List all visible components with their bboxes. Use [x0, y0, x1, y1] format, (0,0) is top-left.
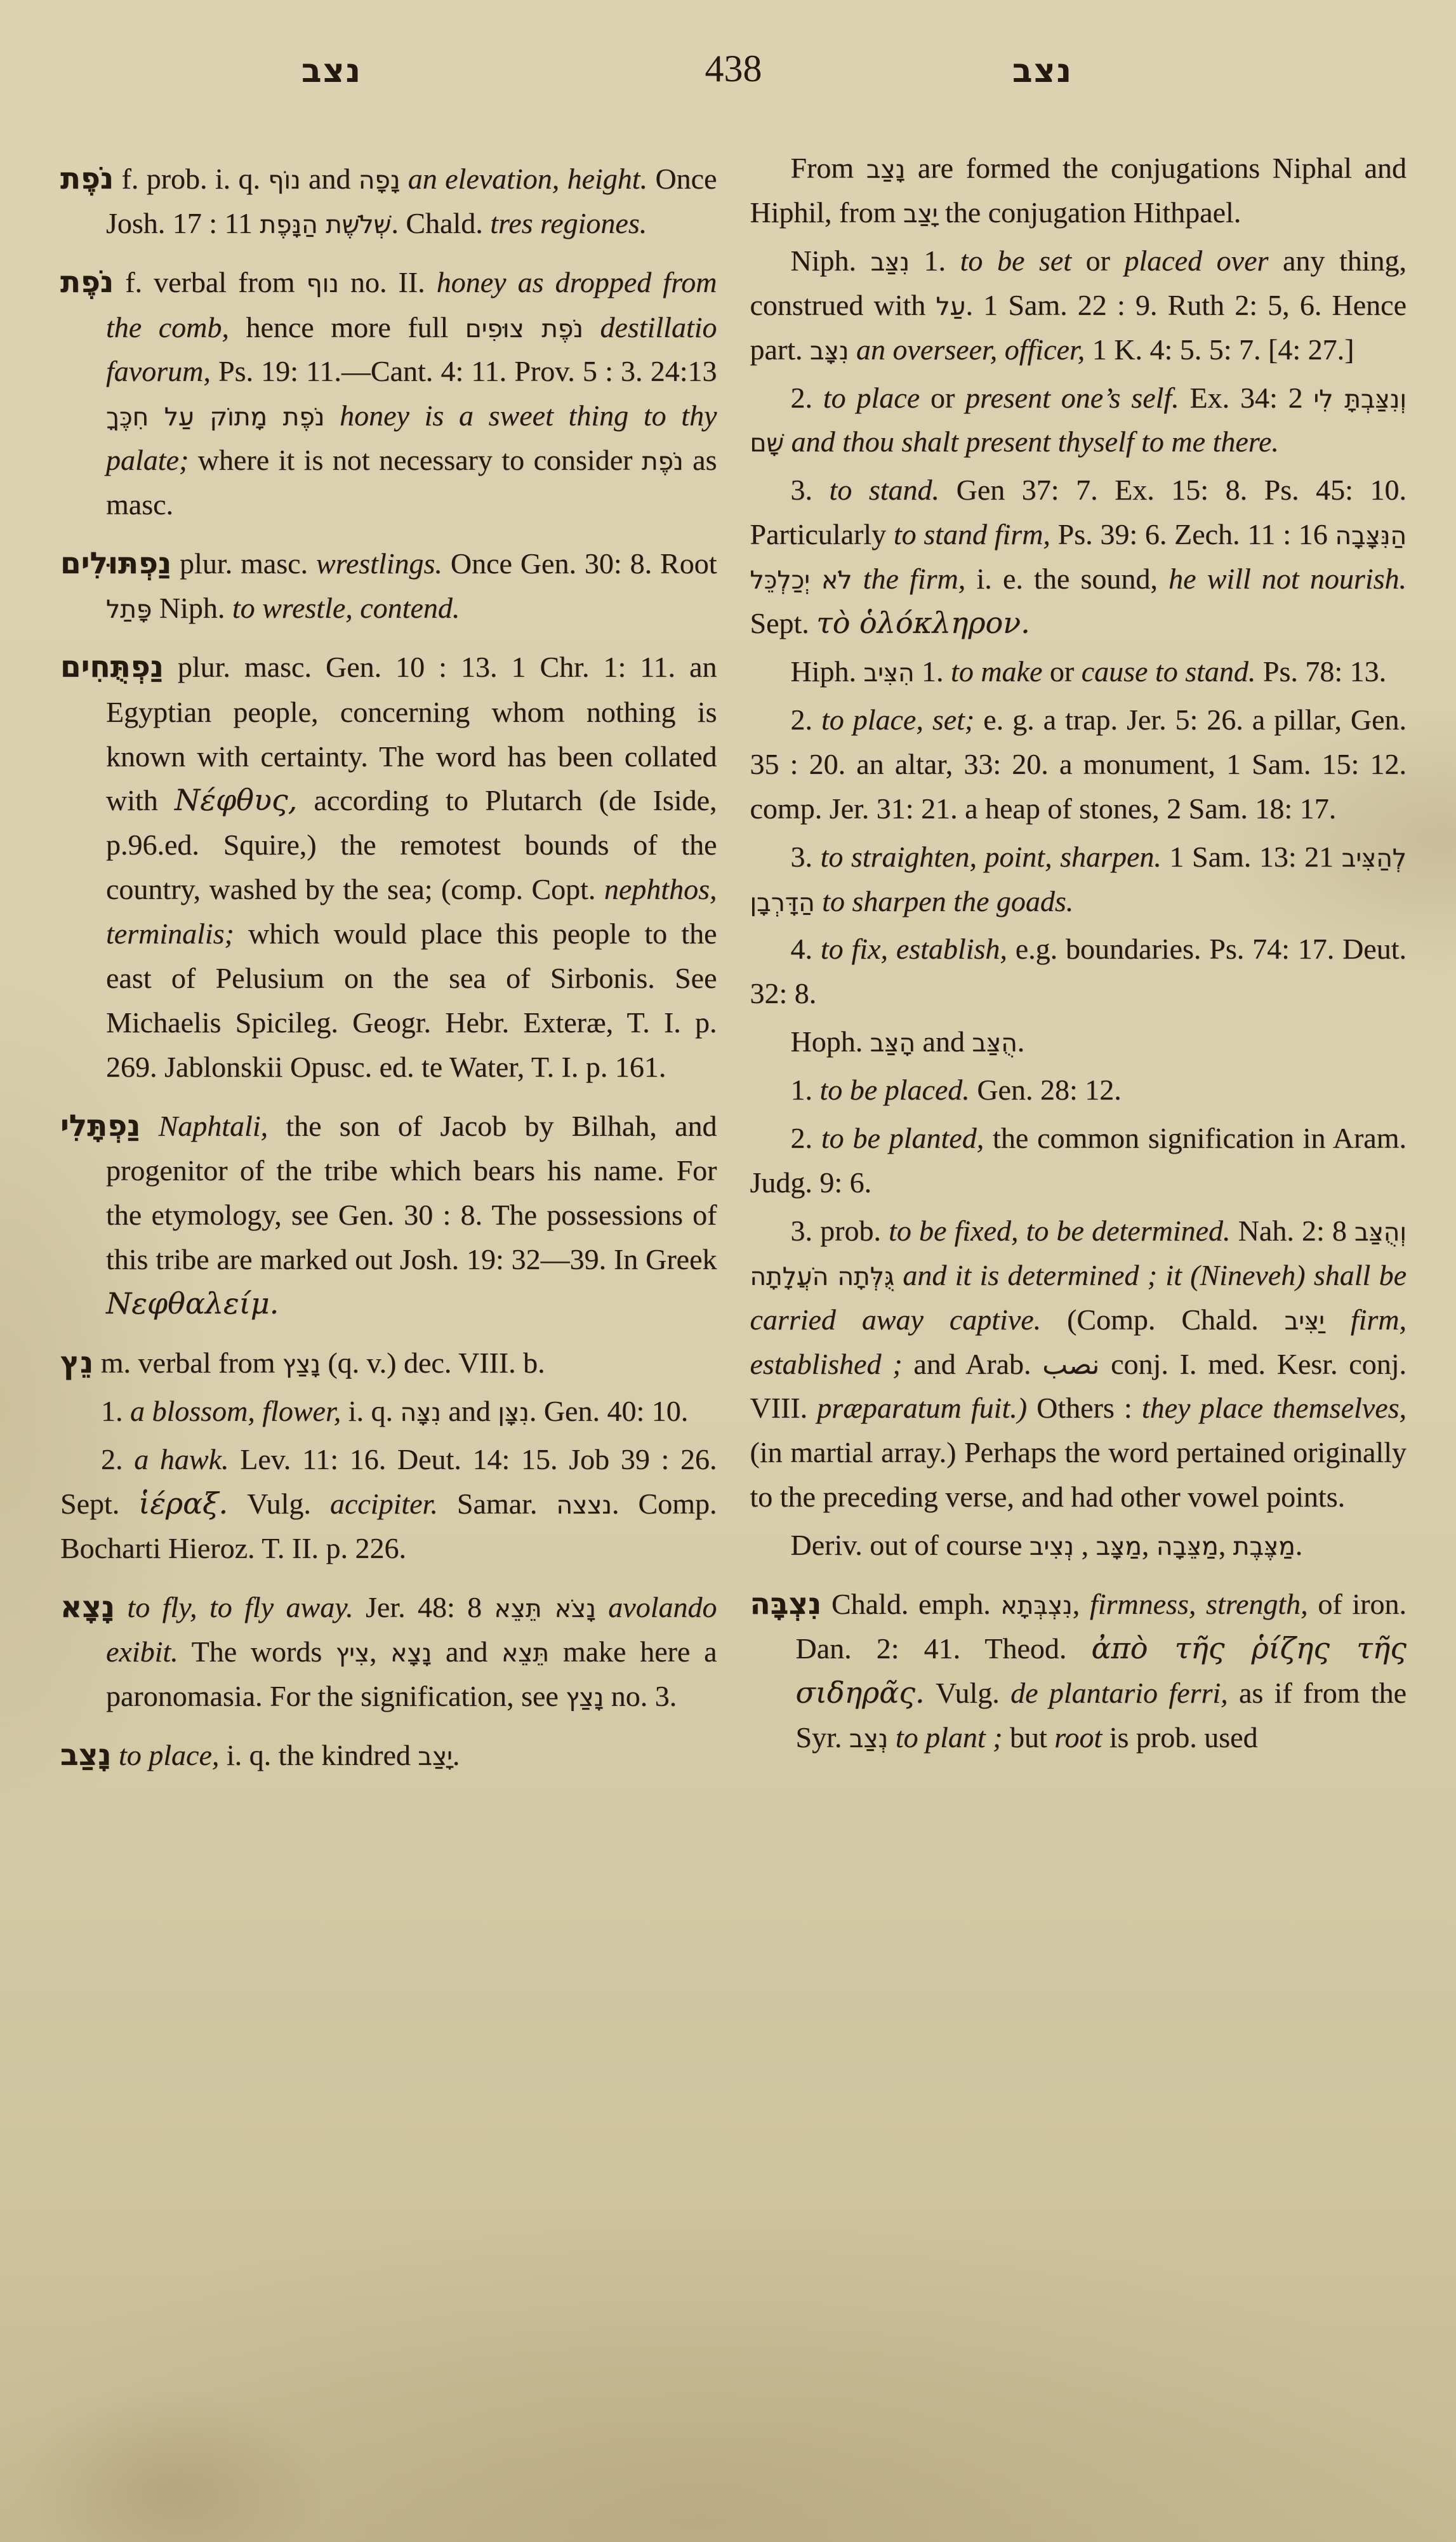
- sense-paragraph: 1. a blossom, flower, i. q. נִצָּה and נ…: [60, 1389, 717, 1434]
- italic-text: he will not nourish.: [1168, 562, 1406, 595]
- hebrew-text: תֵּצֵא: [501, 1639, 549, 1668]
- italic-text: a blossom, flower,: [130, 1395, 341, 1427]
- italic-text: and thou shalt present thyself to me the…: [784, 425, 1279, 458]
- body-text: Niph.: [791, 244, 871, 277]
- hebrew-text: הֻצַּב: [972, 1029, 1017, 1058]
- body-text: 3. prob.: [791, 1214, 889, 1247]
- italic-text: de plantario ferri,: [1010, 1677, 1228, 1709]
- italic-text: to sharpen the goads.: [815, 885, 1074, 917]
- text-columns: נֹפֶת f. prob. i. q. נוֹף and נָפָה an e…: [60, 142, 1406, 1778]
- italic-text: a hawk.: [134, 1443, 228, 1475]
- body-text: (in martial array.) Perhaps the word per…: [750, 1436, 1407, 1513]
- body-text: is prob. used: [1102, 1721, 1257, 1753]
- hebrew-headword: נֵץ: [60, 1345, 93, 1380]
- sense-paragraph: Deriv. out of course נְצִיב , מַצָּב, מַ…: [750, 1523, 1407, 1567]
- hebrew-text: נִצַּב: [871, 248, 910, 277]
- sense-paragraph: 4. to fix, establish, e.g. boundaries. P…: [750, 927, 1407, 1016]
- dictionary-entry: נָצָא to fly, to fly away. Jer. 48: 8 נָ…: [60, 1585, 717, 1719]
- hebrew-text: נוֹף: [268, 166, 300, 195]
- body-text: 1 Sam. 13: 21: [1161, 841, 1342, 873]
- body-text: but: [1002, 1721, 1054, 1753]
- body-text: .: [1295, 1529, 1303, 1561]
- hebrew-headword: נֹפֶת: [60, 265, 114, 300]
- dictionary-entry: נַפְתָּלִי Naphtali, the son of Jacob by…: [60, 1103, 717, 1326]
- italic-text: wrestlings.: [316, 547, 442, 580]
- body-text: hence more full: [229, 311, 465, 343]
- hebrew-text: נְצִיב: [1029, 1533, 1074, 1561]
- body-text: 2.: [101, 1443, 134, 1475]
- hebrew-text: נָצַץ: [566, 1684, 604, 1712]
- hebrew-text: צִיץ: [336, 1639, 369, 1668]
- body-text: or: [1071, 244, 1124, 277]
- body-text: and: [915, 1025, 972, 1058]
- italic-text: to make: [951, 655, 1042, 688]
- body-text: i. e. the sound,: [965, 562, 1168, 595]
- hebrew-text: נִצָּן: [498, 1399, 529, 1427]
- hebrew-text: נְצַב: [849, 1725, 888, 1753]
- body-text: 2.: [791, 382, 823, 414]
- hebrew-text: נצצה: [556, 1491, 612, 1520]
- sense-paragraph: 2. a hawk. Lev. 11: 16. Deut. 14: 15. Jo…: [60, 1437, 717, 1571]
- hebrew-text: נֹפֶת מָתוֹק עַל חִכֶּךָ: [106, 403, 324, 432]
- body-text: Ex. 34: 2: [1179, 382, 1314, 414]
- body-text: f. verbal from: [114, 266, 306, 298]
- hebrew-headword: נַפְתּוּלִים: [60, 546, 171, 581]
- body-text: and: [441, 1395, 498, 1427]
- hebrew-text: הָצַּב: [870, 1029, 915, 1058]
- body-text: .: [1017, 1025, 1025, 1058]
- hebrew-text: מַצָּב: [1096, 1533, 1142, 1561]
- body-text: Hoph.: [791, 1025, 870, 1058]
- greek-text: ἱέραξ.: [138, 1486, 228, 1521]
- body-text: Once Gen. 30: 8. Root: [442, 547, 717, 580]
- italic-text: they place themselves,: [1142, 1392, 1406, 1424]
- italic-text: present one’s self.: [965, 382, 1179, 414]
- greek-text: τὸ ὁλόκληρον.: [816, 606, 1030, 640]
- italic-text: Naphtali,: [140, 1110, 268, 1142]
- body-text: Samar.: [438, 1487, 557, 1520]
- lexicon-page: נצב 438 נצב נֹפֶת f. prob. i. q. נוֹף an…: [0, 0, 1456, 2542]
- italic-text: accipiter.: [330, 1487, 438, 1520]
- body-text: the conjugation Hithpael.: [938, 196, 1241, 229]
- body-text: Deriv. out of course: [791, 1529, 1029, 1561]
- page-number: 438: [60, 47, 1406, 91]
- hebrew-text: הִצִּיב: [864, 659, 915, 688]
- hebrew-text: נָצֹא תֵּצֵא: [494, 1595, 596, 1623]
- body-text: ,: [1074, 1529, 1096, 1561]
- body-text: ,: [1142, 1529, 1156, 1561]
- sense-paragraph: 3. to straighten, point, sharpen. 1 Sam.…: [750, 835, 1407, 924]
- hebrew-text: יָצַב: [903, 200, 938, 229]
- body-text: Ps. 78: 13.: [1255, 655, 1386, 688]
- hebrew-headword: נָצָא: [60, 1590, 115, 1625]
- arabic-text: نصب: [1042, 1349, 1099, 1380]
- body-text: Sept.: [750, 607, 817, 639]
- sense-paragraph: 2. to place, set; e. g. a trap. Jer. 5: …: [750, 698, 1407, 831]
- body-text: 1.: [915, 655, 951, 688]
- body-text: no. 3.: [604, 1680, 677, 1712]
- italic-text: cause to stand.: [1082, 655, 1256, 688]
- italic-text: to plant ;: [888, 1721, 1002, 1753]
- hebrew-headword: נֹפֶת: [60, 161, 114, 196]
- dictionary-entry: נֵץ m. verbal from נָצַץ (q. v.) dec. VI…: [60, 1340, 717, 1385]
- hebrew-headword: נִצְבָּה: [750, 1587, 822, 1621]
- body-text: (q. v.) dec. VIII. b.: [321, 1347, 545, 1379]
- body-text: ,: [369, 1635, 390, 1668]
- italic-text: the firm,: [852, 562, 965, 595]
- body-text: 3.: [791, 841, 821, 873]
- body-text: and: [301, 163, 359, 195]
- body-text: . Chald.: [391, 207, 490, 239]
- body-text: i. q. the kindred: [219, 1739, 418, 1771]
- body-text: . Gen. 40: 10.: [529, 1395, 688, 1427]
- body-text: Others :: [1027, 1392, 1142, 1424]
- body-text: (Comp. Chald.: [1041, 1303, 1284, 1336]
- body-text: plur. masc.: [171, 547, 316, 580]
- body-text: 1.: [101, 1395, 130, 1427]
- hebrew-text: יָצַב: [418, 1743, 453, 1771]
- hebrew-text: נֹפֶת: [642, 448, 684, 476]
- italic-text: to wrestle, contend.: [232, 592, 460, 624]
- dictionary-entry: נֹפֶת f. verbal from נוף no. II. honey a…: [60, 260, 717, 527]
- dictionary-entry: נַפְתֻּחִים plur. masc. Gen. 10 : 13. 1 …: [60, 644, 717, 1089]
- italic-text: præparatum fuit.): [817, 1392, 1027, 1424]
- body-text: or: [1042, 655, 1081, 688]
- dictionary-entry: נַפְתּוּלִים plur. masc. wrestlings. Onc…: [60, 541, 717, 630]
- hebrew-text: נָצַץ: [282, 1350, 321, 1379]
- body-text: no. II.: [339, 266, 437, 298]
- italic-text: root: [1054, 1721, 1102, 1753]
- body-text: Hiph.: [791, 655, 864, 688]
- dictionary-entry: נָצַב to place, i. q. the kindred יָצַב.: [60, 1733, 717, 1778]
- italic-text: to stand.: [830, 474, 940, 506]
- hebrew-text: עַל: [936, 293, 965, 321]
- body-text: 1 K. 4: 5. 5: 7. [4: 27.]: [1085, 333, 1354, 366]
- hebrew-text: נָצַב: [866, 156, 905, 184]
- sense-paragraph: 1. to be placed. Gen. 28: 12.: [750, 1068, 1407, 1112]
- right-column: From נָצַב are formed the conjugations N…: [750, 142, 1407, 1778]
- hebrew-text: מַצֶּבֶת: [1233, 1533, 1295, 1561]
- italic-text: to be placed.: [820, 1074, 970, 1106]
- body-text: From: [791, 152, 866, 184]
- dictionary-entry: נִצְבָּה Chald. emph. נִצְבְּתָא, firmne…: [750, 1581, 1407, 1760]
- italic-text: to fix, establish,: [821, 933, 1007, 965]
- body-text: The words: [178, 1635, 336, 1668]
- hebrew-text: נוף: [307, 270, 339, 298]
- body-text: 3.: [791, 474, 830, 506]
- body-text: Chald. emph.: [821, 1588, 1000, 1620]
- running-head: נצב 438 נצב: [60, 44, 1406, 121]
- sense-paragraph: 2. to place or present one’s self. Ex. 3…: [750, 376, 1407, 465]
- body-text: or: [920, 382, 965, 414]
- hebrew-text: יַצִּיב: [1285, 1307, 1325, 1336]
- italic-text: placed over: [1124, 244, 1268, 277]
- hebrew-headword: נַפְתָּלִי: [60, 1108, 140, 1143]
- hebrew-text: מַצֵּבָה: [1156, 1533, 1219, 1561]
- italic-text: to fly, to fly away.: [115, 1591, 354, 1623]
- sense-paragraph: Niph. נִצַּב 1. to be set or placed over…: [750, 239, 1407, 372]
- body-text: and: [432, 1635, 501, 1668]
- italic-text: to be fixed, to be determined.: [889, 1214, 1230, 1247]
- body-text: 4.: [791, 933, 821, 965]
- left-column: נֹפֶת f. prob. i. q. נוֹף and נָפָה an e…: [60, 142, 717, 1778]
- body-text: 2.: [791, 1122, 821, 1154]
- hebrew-text: נִצָּה: [400, 1399, 441, 1427]
- body-text: Ps. 19: 11.—Cant. 4: 11. Prov. 5 : 3. 24…: [211, 355, 717, 387]
- body-text: 2.: [791, 703, 821, 736]
- hebrew-headword: נַפְתֻּחִים: [60, 649, 164, 684]
- body-text: 1.: [910, 244, 960, 277]
- sense-paragraph: 3. to stand. Gen 37: 7. Ex. 15: 8. Ps. 4…: [750, 468, 1407, 646]
- body-text: Nah. 2: 8: [1231, 1214, 1354, 1247]
- body-text: ,: [1073, 1588, 1090, 1620]
- greek-text: Νεφθαλείμ.: [106, 1286, 279, 1321]
- hebrew-text: נָצָא: [390, 1639, 432, 1668]
- body-text: m. verbal from: [93, 1347, 282, 1379]
- body-text: Vulg.: [925, 1677, 1010, 1709]
- hebrew-text: נָפָה: [359, 166, 400, 195]
- italic-text: to place: [823, 382, 920, 414]
- italic-text: to straighten, point, sharpen.: [821, 841, 1161, 873]
- body-text: where it is not necessary to consider: [189, 444, 642, 476]
- body-text: Niph.: [152, 592, 232, 624]
- sense-paragraph: Hoph. הָצַּב and הֻצַּב.: [750, 1020, 1407, 1064]
- body-text: Vulg.: [228, 1487, 330, 1520]
- hebrew-text: שְׁלֹשֶׁת הַנָּפֶת: [260, 211, 391, 239]
- body-text: Jer. 48: 8: [354, 1591, 494, 1623]
- italic-text: to be planted,: [821, 1122, 984, 1154]
- sense-paragraph: 3. prob. to be fixed, to be determined. …: [750, 1209, 1407, 1519]
- italic-text: to place,: [111, 1739, 219, 1771]
- body-text: and Arab.: [903, 1348, 1043, 1380]
- italic-text: to place, set;: [821, 703, 974, 736]
- italic-text: firmness, strength,: [1090, 1588, 1308, 1620]
- body-text: i. q.: [341, 1395, 400, 1427]
- sense-paragraph: 2. to be planted, the common significati…: [750, 1116, 1407, 1205]
- hebrew-headword: נָצַב: [60, 1738, 111, 1773]
- body-text: 1.: [791, 1074, 820, 1106]
- italic-text: an elevation, height.: [400, 163, 647, 195]
- sense-paragraph: From נָצַב are formed the conjugations N…: [750, 146, 1407, 235]
- italic-text: an overseer, officer,: [849, 333, 1085, 366]
- body-text: .: [453, 1739, 460, 1771]
- body-text: f. prob. i. q.: [114, 163, 268, 195]
- guide-word-right: נצב: [1012, 52, 1073, 90]
- dictionary-entry: נֹפֶת f. prob. i. q. נוֹף and נָפָה an e…: [60, 156, 717, 246]
- hebrew-text: נִצְבְּתָא: [1000, 1592, 1072, 1620]
- body-text: ,: [1219, 1529, 1233, 1561]
- italic-text: to be set: [960, 244, 1071, 277]
- italic-text: to stand firm,: [894, 518, 1050, 550]
- body-text: Ps. 39: 6. Zech. 11 : 16: [1050, 518, 1335, 550]
- sense-paragraph: Hiph. הִצִּיב 1. to make or cause to sta…: [750, 649, 1407, 694]
- hebrew-text: פָּתַל: [106, 596, 152, 624]
- body-text: Gen. 28: 12.: [970, 1074, 1122, 1106]
- hebrew-text: נֹפֶת צוּפִים: [465, 315, 583, 343]
- hebrew-text: נִצָּב: [810, 337, 849, 366]
- greek-text: Νέφθυς,: [175, 783, 297, 817]
- italic-text: tres regiones.: [490, 207, 647, 239]
